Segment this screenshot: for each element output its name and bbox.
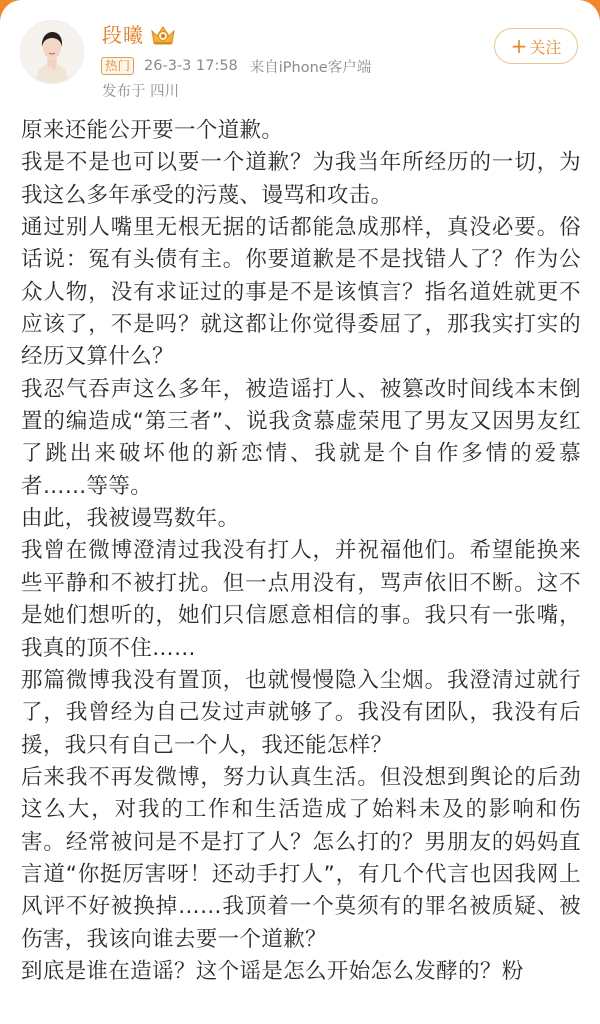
author-avatar[interactable]: [20, 20, 84, 84]
post-paragraph: 由此，我被谩骂数年。: [21, 503, 581, 535]
crown-icon: [150, 24, 176, 46]
post-paragraph: 到底是谁在造谣？这个谣是怎么开始怎么发酵的？粉: [21, 956, 581, 988]
weibo-post-card: 段曦 热门 26-3-3 17:58 来自 iPhone客户端 发布于 四川 +…: [0, 0, 600, 1024]
post-paragraph: 原来还能公开要一个道歉。: [21, 115, 581, 147]
post-time: 26-3-3 17:58: [144, 58, 238, 74]
follow-button[interactable]: + 关注: [494, 28, 578, 64]
post-location: 发布于 四川: [102, 82, 179, 102]
post-paragraph: 我忍气吞声这么多年，被造谣打人、被篡改时间线本末倒置的编造成“第三者”、说我贪慕…: [21, 374, 581, 503]
post-source[interactable]: iPhone客户端: [279, 56, 371, 77]
post-paragraph: 那篇微博我没有置顶，也就慢慢隐入尘烟。我澄清过就行了，我曾经为自己发过声就够了。…: [21, 665, 581, 762]
post-paragraph: 我曾在微博澄清过我没有打人，并祝福他们。希望能换来些平静和不被打扰。但一点用没有…: [21, 535, 581, 664]
post-body: 原来还能公开要一个道歉。 我是不是也可以要一个道歉？为我当年所经历的一切，为我这…: [21, 115, 581, 988]
post-header: 段曦 热门 26-3-3 17:58 来自 iPhone客户端 发布于 四川 +…: [0, 0, 600, 115]
plus-icon: +: [511, 36, 528, 56]
source-prefix: 来自: [250, 56, 279, 77]
follow-label: 关注: [529, 35, 561, 58]
post-meta: 热门 26-3-3 17:58 来自 iPhone客户端: [101, 55, 371, 77]
avatar-photo-icon: [21, 21, 83, 83]
post-paragraph: 后来我不再发微博，努力认真生活。但没想到舆论的后劲这么大，对我的工作和生活造成了…: [21, 762, 581, 956]
post-paragraph: 我是不是也可以要一个道歉？为我当年所经历的一切，为我这么多年承受的污蔑、谩骂和攻…: [21, 147, 581, 212]
post-paragraph: 通过别人嘴里无根无据的话都能急成那样，真没必要。俗话说：冤有头债有主。你要道歉是…: [21, 212, 581, 374]
author-name[interactable]: 段曦: [102, 22, 144, 48]
hot-badge: 热门: [101, 57, 134, 75]
